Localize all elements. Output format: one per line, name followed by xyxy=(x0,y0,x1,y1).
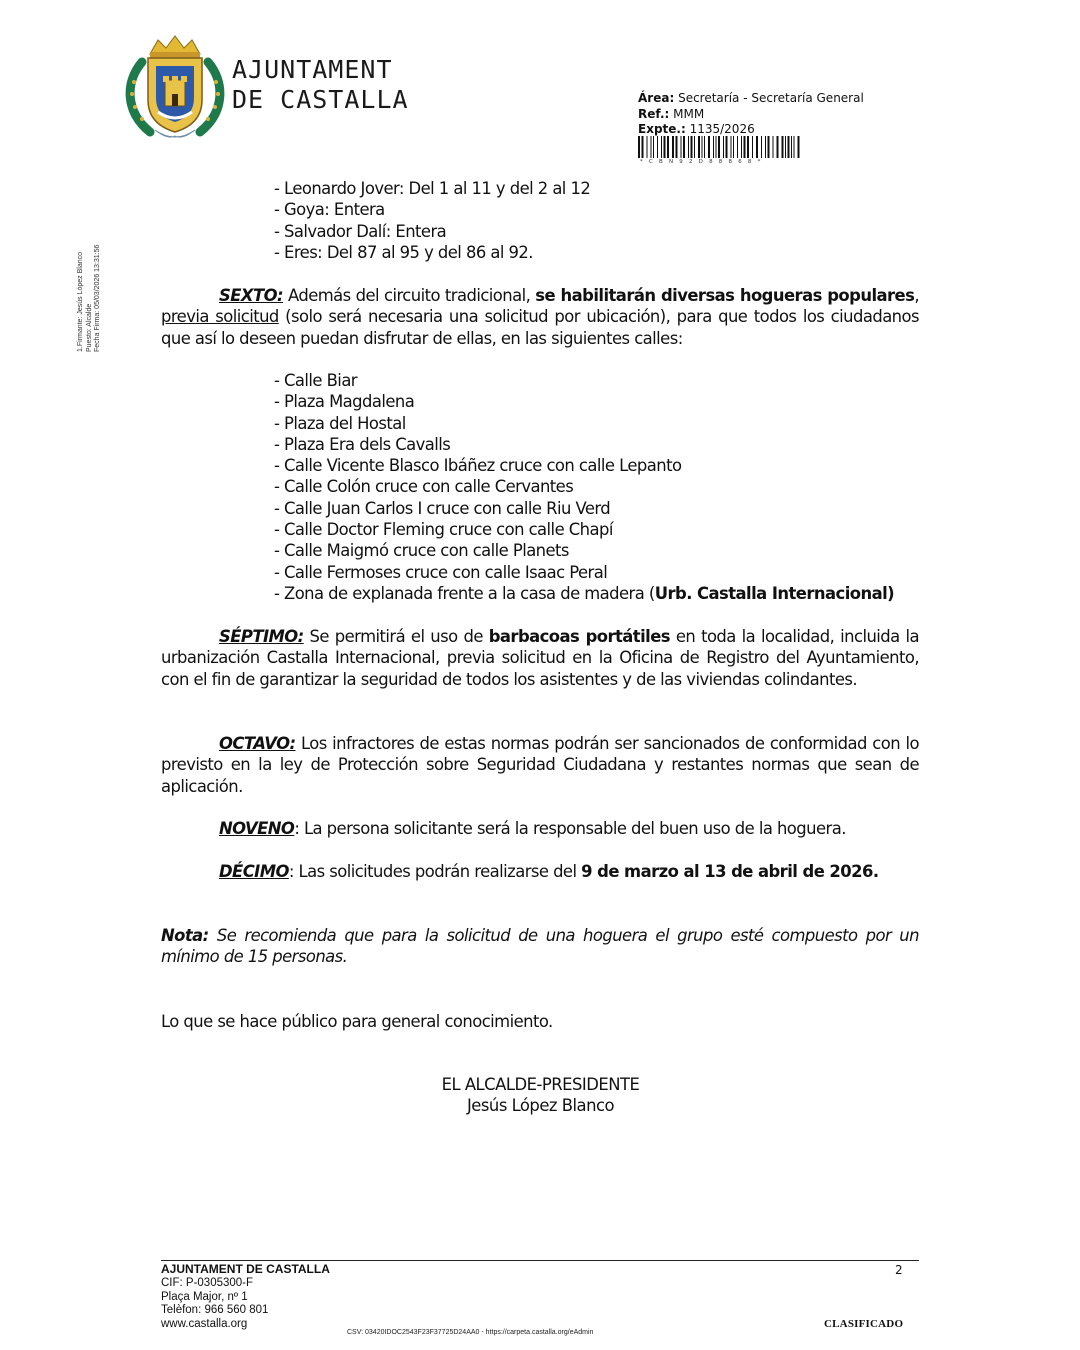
barcode-icon xyxy=(638,136,804,158)
article-octavo: OCTAVO: Los infractores de estas normas … xyxy=(161,733,919,797)
list-item: - Leonardo Jover: Del 1 al 11 y del 2 al… xyxy=(274,178,590,199)
list-item: - Plaza del Hostal xyxy=(274,413,894,434)
stamp-signer: 1.Firmante: Jesús López Blanco xyxy=(77,245,86,352)
list-item: - Plaza Magdalena xyxy=(274,391,894,412)
list-item: - Zona de explanada frente a la casa de … xyxy=(274,583,894,604)
signature-stamp: 1.Firmante: Jesús López Blanco Puesto: A… xyxy=(77,245,103,352)
article-heading: DÉCIMO xyxy=(219,862,289,881)
org-title-line2: DE CASTALLA xyxy=(232,85,409,115)
footer-address: Plaça Major, nº 1 xyxy=(161,1291,330,1305)
article-heading: NOVENO xyxy=(219,819,294,838)
org-title-line1: AJUNTAMENT xyxy=(232,55,409,85)
org-title: AJUNTAMENT DE CASTALLA xyxy=(232,55,409,115)
article-heading: OCTAVO: xyxy=(219,734,295,753)
note-label: Nota: xyxy=(161,926,209,945)
closing-statement: Lo que se hace público para general cono… xyxy=(161,1011,919,1032)
article-sexto: SEXTO: Además del circuito tradicional, … xyxy=(161,285,919,349)
article-noveno: NOVENO: La persona solicitante será la r… xyxy=(161,818,919,839)
article-septimo: SÉPTIMO: Se permitirá el uso de barbacoa… xyxy=(161,626,919,690)
streets-continued-list: - Leonardo Jover: Del 1 al 11 y del 2 al… xyxy=(274,178,590,263)
footer-contact: AJUNTAMENT DE CASTALLA CIF: P-0305300-F … xyxy=(161,1263,330,1332)
list-item: - Calle Biar xyxy=(274,370,894,391)
coat-of-arms-icon xyxy=(120,32,230,144)
list-item: - Plaza Era dels Cavalls xyxy=(274,434,894,455)
bonfire-locations-list: - Calle Biar - Plaza Magdalena - Plaza d… xyxy=(274,370,894,604)
article-decimo: DÉCIMO: Las solicitudes podrán realizars… xyxy=(161,861,919,882)
list-item: - Calle Vicente Blasco Ibáñez cruce con … xyxy=(274,455,894,476)
page-number: 2 xyxy=(895,1263,903,1277)
meta-ref: Ref.: MMM xyxy=(638,107,864,123)
list-item: - Calle Colón cruce con calle Cervantes xyxy=(274,476,894,497)
signatory-title: EL ALCALDE-PRESIDENTE xyxy=(438,1074,643,1095)
footer-cif: CIF: P-0305300-F xyxy=(161,1277,330,1291)
signatory-name: Jesús López Blanco xyxy=(438,1095,643,1116)
meta-area: Área: Secretaría - Secretaría General xyxy=(638,91,864,107)
list-item: - Calle Juan Carlos I cruce con calle Ri… xyxy=(274,498,894,519)
list-item: - Eres: Del 87 al 95 y del 86 al 92. xyxy=(274,242,590,263)
list-item: - Goya: Entera xyxy=(274,199,590,220)
document-meta: Área: Secretaría - Secretaría General Re… xyxy=(638,91,864,138)
list-item: - Salvador Dalí: Entera xyxy=(274,221,590,242)
classification-label: CLASIFICADO xyxy=(824,1318,903,1330)
barcode-text: *CBN92D88868* xyxy=(640,159,767,165)
stamp-date: Fecha Firma: 05/03/2026 13:31:56 xyxy=(94,245,103,352)
footer-org-name: AJUNTAMENT DE CASTALLA xyxy=(161,1263,330,1277)
footer-website[interactable]: www.castalla.org xyxy=(161,1318,330,1332)
article-heading: SEXTO: xyxy=(219,286,283,305)
csv-verification-link[interactable]: CSV: 03420IDOC2543F23F37725D24AA0 - http… xyxy=(347,1329,593,1336)
stamp-position: Puesto: Alcalde xyxy=(86,245,95,352)
footer-divider xyxy=(161,1260,919,1261)
article-heading: SÉPTIMO: xyxy=(219,627,304,646)
footer-phone: Telèfon: 966 560 801 xyxy=(161,1304,330,1318)
signature-block: EL ALCALDE-PRESIDENTE Jesús López Blanco xyxy=(438,1074,643,1117)
note: Nota: Se recomienda que para la solicitu… xyxy=(161,925,919,968)
list-item: - Calle Maigmó cruce con calle Planets xyxy=(274,540,894,561)
list-item: - Calle Fermoses cruce con calle Isaac P… xyxy=(274,562,894,583)
list-item: - Calle Doctor Fleming cruce con calle C… xyxy=(274,519,894,540)
